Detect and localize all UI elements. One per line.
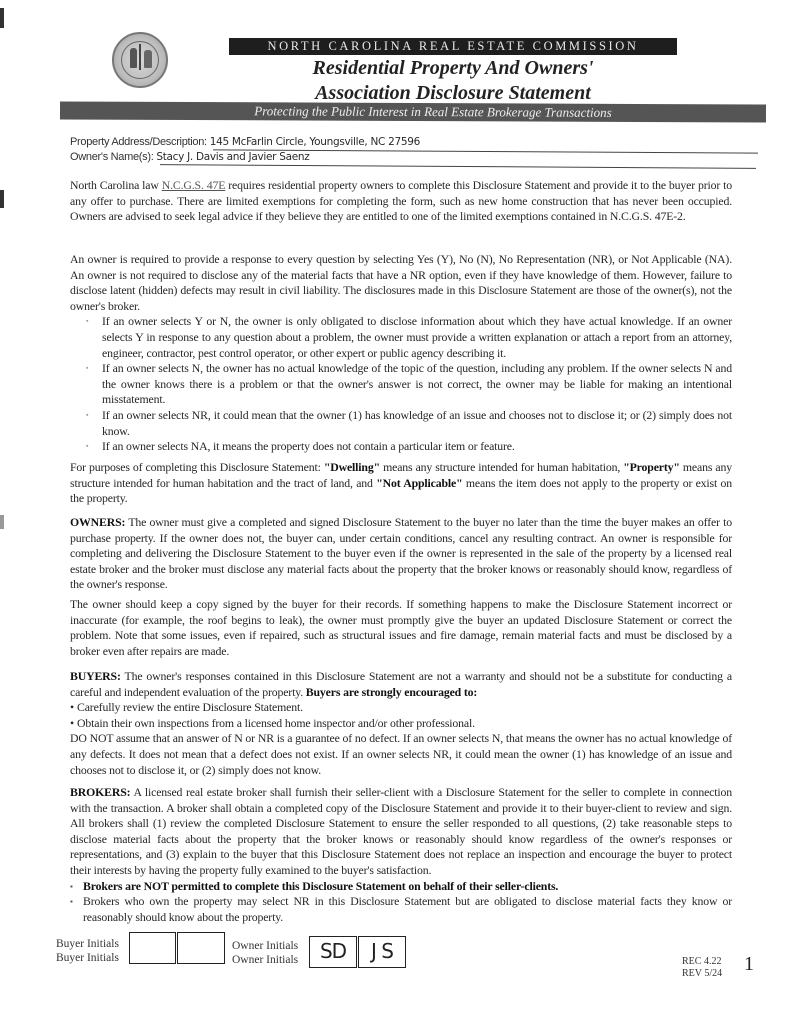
owner-initials-labels: Owner Initials Owner Initials <box>232 939 298 967</box>
property-address-label: Property Address/Description: <box>70 136 207 148</box>
owner-initials-handwritten: SD <box>310 939 356 963</box>
scan-edge-mark <box>0 190 4 208</box>
bullet-item-na: If an owner selects NA, it means the pro… <box>86 439 732 455</box>
scan-edge-mark <box>0 515 4 529</box>
title-line-1: Residential Property And Owners' <box>230 56 676 81</box>
owner-names-label: Owner's Name(s): <box>70 151 153 163</box>
definitions-paragraph: For purposes of completing this Disclosu… <box>70 460 732 507</box>
property-address-row: Property Address/Description: 145 McFarl… <box>70 136 420 148</box>
buyers-emphasis: Buyers are strongly encouraged to: <box>306 685 477 699</box>
tagline-banner: Protecting the Public Interest in Real E… <box>60 101 766 122</box>
commission-banner: NORTH CAROLINA REAL ESTATE COMMISSION <box>229 38 677 55</box>
brokers-section: BROKERS: A licensed real estate broker s… <box>70 785 732 925</box>
owners-section: OWNERS: The owner must give a completed … <box>70 515 732 593</box>
buyer-initials-box-2[interactable] <box>177 932 225 964</box>
form-revision: REC 4.22 REV 5/24 <box>682 956 722 980</box>
intro-paragraph: North Carolina law N.C.G.S. 47E requires… <box>70 178 732 225</box>
property-address-field[interactable]: 145 McFarlin Circle, Youngsville, NC 275… <box>210 136 420 148</box>
owner-initials-box-2[interactable]: J S <box>358 936 406 968</box>
buyers-warning: DO NOT assume that an answer of N or NR … <box>70 731 732 778</box>
owner-names-field[interactable]: Stacy J. Davis and Javier Saenz <box>156 151 309 163</box>
buyers-list-item: Carefully review the entire Disclosure S… <box>70 700 732 716</box>
owner-initials-box-1[interactable]: SD <box>309 936 357 968</box>
brokers-heading: BROKERS: <box>70 785 130 799</box>
owner-names-underline <box>160 164 756 169</box>
page-number: 1 <box>744 953 754 976</box>
responses-paragraph: An owner is required to provide a respon… <box>70 252 732 455</box>
buyers-heading: BUYERS: <box>70 669 121 683</box>
term-property: "Property" <box>623 460 680 474</box>
buyer-initials-box-1[interactable] <box>129 932 176 964</box>
brokers-list: Brokers are NOT permitted to complete th… <box>70 879 732 926</box>
owner-initials-handwritten: J S <box>359 939 405 963</box>
buyers-list: Carefully review the entire Disclosure S… <box>70 700 732 731</box>
bullet-item-n: If an owner selects N, the owner has no … <box>86 361 732 408</box>
brokers-list-item: Brokers are NOT permitted to complete th… <box>70 879 732 895</box>
scan-edge-mark <box>0 8 4 28</box>
statute-link[interactable]: N.C.G.S. 47E <box>162 178 226 192</box>
buyer-initials-labels: Buyer Initials Buyer Initials <box>56 937 119 965</box>
bullet-item-nr: If an owner selects NR, it could mean th… <box>86 408 732 439</box>
buyers-list-item: Obtain their own inspections from a lice… <box>70 716 732 732</box>
document-title: Residential Property And Owners' Associa… <box>230 56 676 106</box>
owners-heading: OWNERS: <box>70 515 125 529</box>
buyers-section: BUYERS: The owner's responses contained … <box>70 669 732 778</box>
responses-text: An owner is required to provide a respon… <box>70 252 732 314</box>
term-not-applicable: "Not Applicable" <box>376 476 462 490</box>
bullet-item-y-or-n: If an owner selects Y or N, the owner is… <box>86 314 732 361</box>
brokers-list-item: Brokers who own the property may select … <box>70 894 732 925</box>
responses-bullet-list: If an owner selects Y or N, the owner is… <box>70 314 732 454</box>
nc-state-seal-icon <box>112 32 168 88</box>
owners-section-followup: The owner should keep a copy signed by t… <box>70 597 732 659</box>
owner-names-row: Owner's Name(s): Stacy J. Davis and Javi… <box>70 151 309 163</box>
term-dwelling: "Dwelling" <box>324 460 380 474</box>
